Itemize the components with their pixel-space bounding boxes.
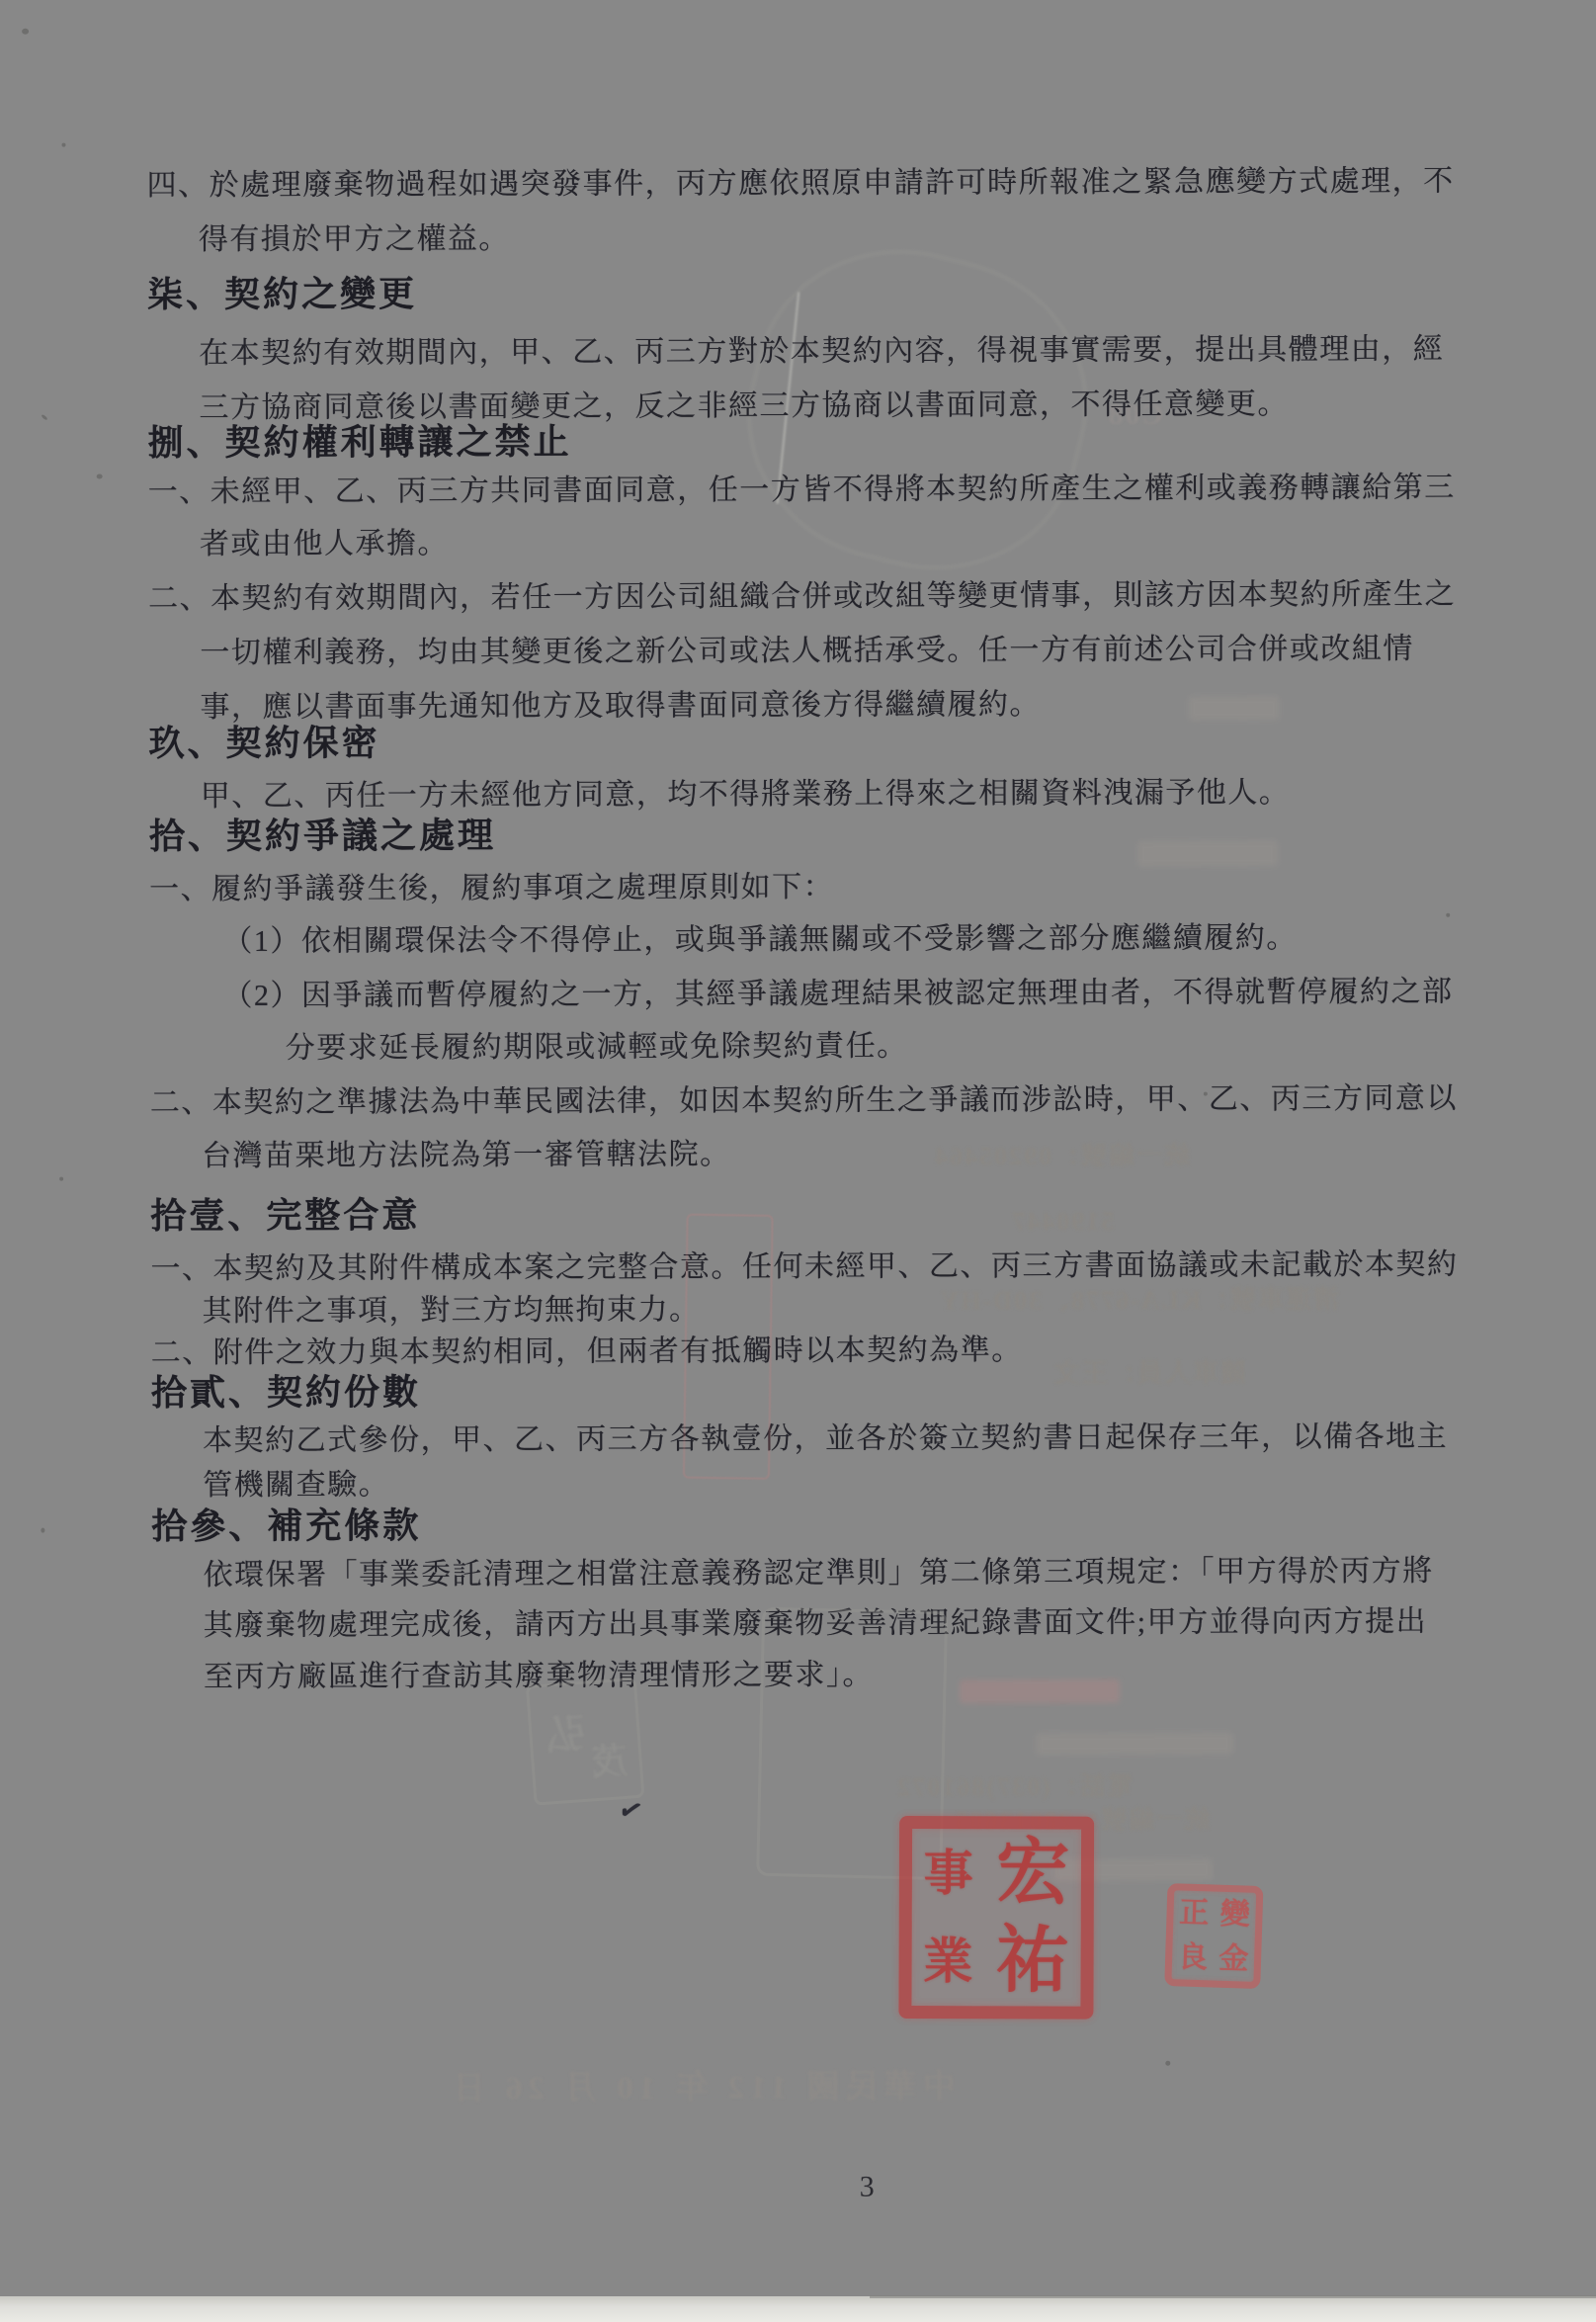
- paper-speck: [41, 414, 47, 421]
- bleedthrough-text: 清運車號：KLA-6778、30D-HY: [939, 1279, 1340, 1317]
- seal-column: 正 良: [1177, 1890, 1210, 1980]
- personal-seal: 變 金 正 良: [1164, 1883, 1263, 1989]
- text-line: （1）依相關環保法令不得停止，或與爭議無關或不受影響之部分應繼續履約。: [222, 912, 1298, 960]
- bleedthrough-stamp-glyph: 弘: [544, 1702, 587, 1762]
- text-line: 二、本契約有效期間內，若任一方因公司組織合併或改組等變更情事，則該方因本契約所產…: [148, 569, 1456, 618]
- section-heading: 玖、契約保密: [149, 715, 380, 766]
- bleedthrough-smudge: [1188, 696, 1279, 720]
- text-line: 一切權利義務，均由其變更後之新公司或法人概括承受。任一方有前述公司合併或改組情: [200, 624, 1414, 671]
- paper-speck: [1446, 913, 1450, 917]
- seal-column: 變 金: [1218, 1892, 1251, 1982]
- text-line: 者或由他人承擔。: [200, 518, 449, 562]
- company-seal: 宏 祐 事 業: [898, 1816, 1094, 2020]
- seal-glyph: 宏: [996, 1837, 1069, 1910]
- paper-speck: [62, 143, 66, 147]
- seal-column: 事 業: [923, 1829, 973, 2006]
- seal-glyph: 變: [1219, 1899, 1250, 1930]
- section-heading: 捌、契約權利轉讓之禁止: [147, 414, 571, 466]
- text-line: 二、本契約之準據法為中華民國法律，如因本契約所生之爭議而涉訟時，甲、乙、丙三方同…: [150, 1074, 1458, 1122]
- section-heading: 拾參、補充條款: [151, 1498, 421, 1549]
- scan-content: C08 四、於處理廢棄物過程如遇突發事件，丙方應依照原申請許可時所報准之緊急應變…: [0, 0, 1596, 2322]
- bleedthrough-smudge: [960, 1679, 1120, 1704]
- text-line: 一、未經甲、乙、丙三方共同書面同意，任一方皆不得將本契約所產生之權利或義務轉讓給…: [148, 463, 1456, 511]
- text-line: 其附件之事項，對三方均無拘束力。: [203, 1284, 701, 1330]
- seal-glyph: 業: [923, 1936, 972, 1986]
- seal-glyph: 祐: [996, 1926, 1069, 1999]
- text-line: 依環保署「事業委託清理之相當注意義務認定準則」第二條第三項規定：「甲方得於丙方將: [203, 1546, 1433, 1593]
- bleedthrough-smudge: [1137, 840, 1278, 866]
- seal-glyph: 良: [1177, 1942, 1208, 1973]
- paper-speck: [1165, 2061, 1170, 2066]
- paper-speck: [41, 1528, 44, 1533]
- scan-edge-line: [870, 2295, 1596, 2298]
- bleedthrough-smudge: [1036, 1732, 1233, 1755]
- seal-glyph: 金: [1218, 1943, 1249, 1974]
- paper-speck: [59, 1177, 63, 1181]
- text-line: 本契約乙式參份，甲、乙、丙三方各執壹份，並各於簽立契約書日起保存三年，以備各地主: [203, 1412, 1448, 1459]
- text-line: 得有損於甲方之權益。: [199, 214, 510, 258]
- bleedthrough-text: 統一編號：09205464: [933, 1136, 1190, 1173]
- text-line: 一、履約爭議發生後，履約事項之處理原則如下：: [149, 862, 834, 907]
- seal-column: 宏 祐: [996, 1829, 1070, 2006]
- bleedthrough-stamp-outline: 弘 茂: [526, 1677, 645, 1806]
- bleedthrough-text: 隨車人員：王文: [1052, 1352, 1246, 1390]
- section-heading: 拾貳、契約份數: [151, 1364, 421, 1416]
- section-heading: 拾、契約爭議之處理: [149, 808, 496, 859]
- bleedthrough-stamp-outline: [683, 1214, 774, 1480]
- text-line: 台灣苗栗地方法院為第一審管轄法院。: [202, 1129, 731, 1174]
- bleedthrough-text: 5190447: [1010, 1207, 1114, 1237]
- paper-speck: [1204, 1092, 1208, 1096]
- bleedthrough-date: 中華民國 112 年 10 月 26 日: [447, 2060, 955, 2108]
- text-line: 四、於處理廢棄物過程如遇突發事件，丙方應依照原申請許可時所報准之緊急應變方式處理…: [147, 156, 1455, 205]
- text-line: 分要求延長履約期限或減輕或免除契約責任。: [286, 1021, 908, 1067]
- contract-scan-page: C08 四、於處理廢棄物過程如遇突發事件，丙方應依照原申請許可時所報准之緊急應變…: [0, 0, 1596, 2322]
- text-line: （2）因爭議而暫停履約之一方，其經爭議處理結果被認定無理由者，不得就暫停履約之部: [222, 967, 1453, 1014]
- section-heading: 拾壹、完整合意: [150, 1187, 420, 1239]
- seal-glyph: 正: [1179, 1898, 1210, 1929]
- text-line: 在本契約有效期間內，甲、乙、丙三方對於本契約內容，得視事實需要，提出具體理由，經: [199, 324, 1444, 372]
- section-heading: 柒、契約之變更: [147, 266, 417, 317]
- paper-speck: [22, 29, 29, 35]
- paper-speck: [97, 473, 103, 478]
- scan-bottom-edge: [0, 2296, 1596, 2322]
- seal-glyph: 事: [924, 1849, 973, 1898]
- page-number: 3: [860, 2171, 875, 2204]
- bleedthrough-stamp-glyph: 茂: [590, 1733, 630, 1786]
- text-line: 管機關查驗。: [203, 1459, 389, 1504]
